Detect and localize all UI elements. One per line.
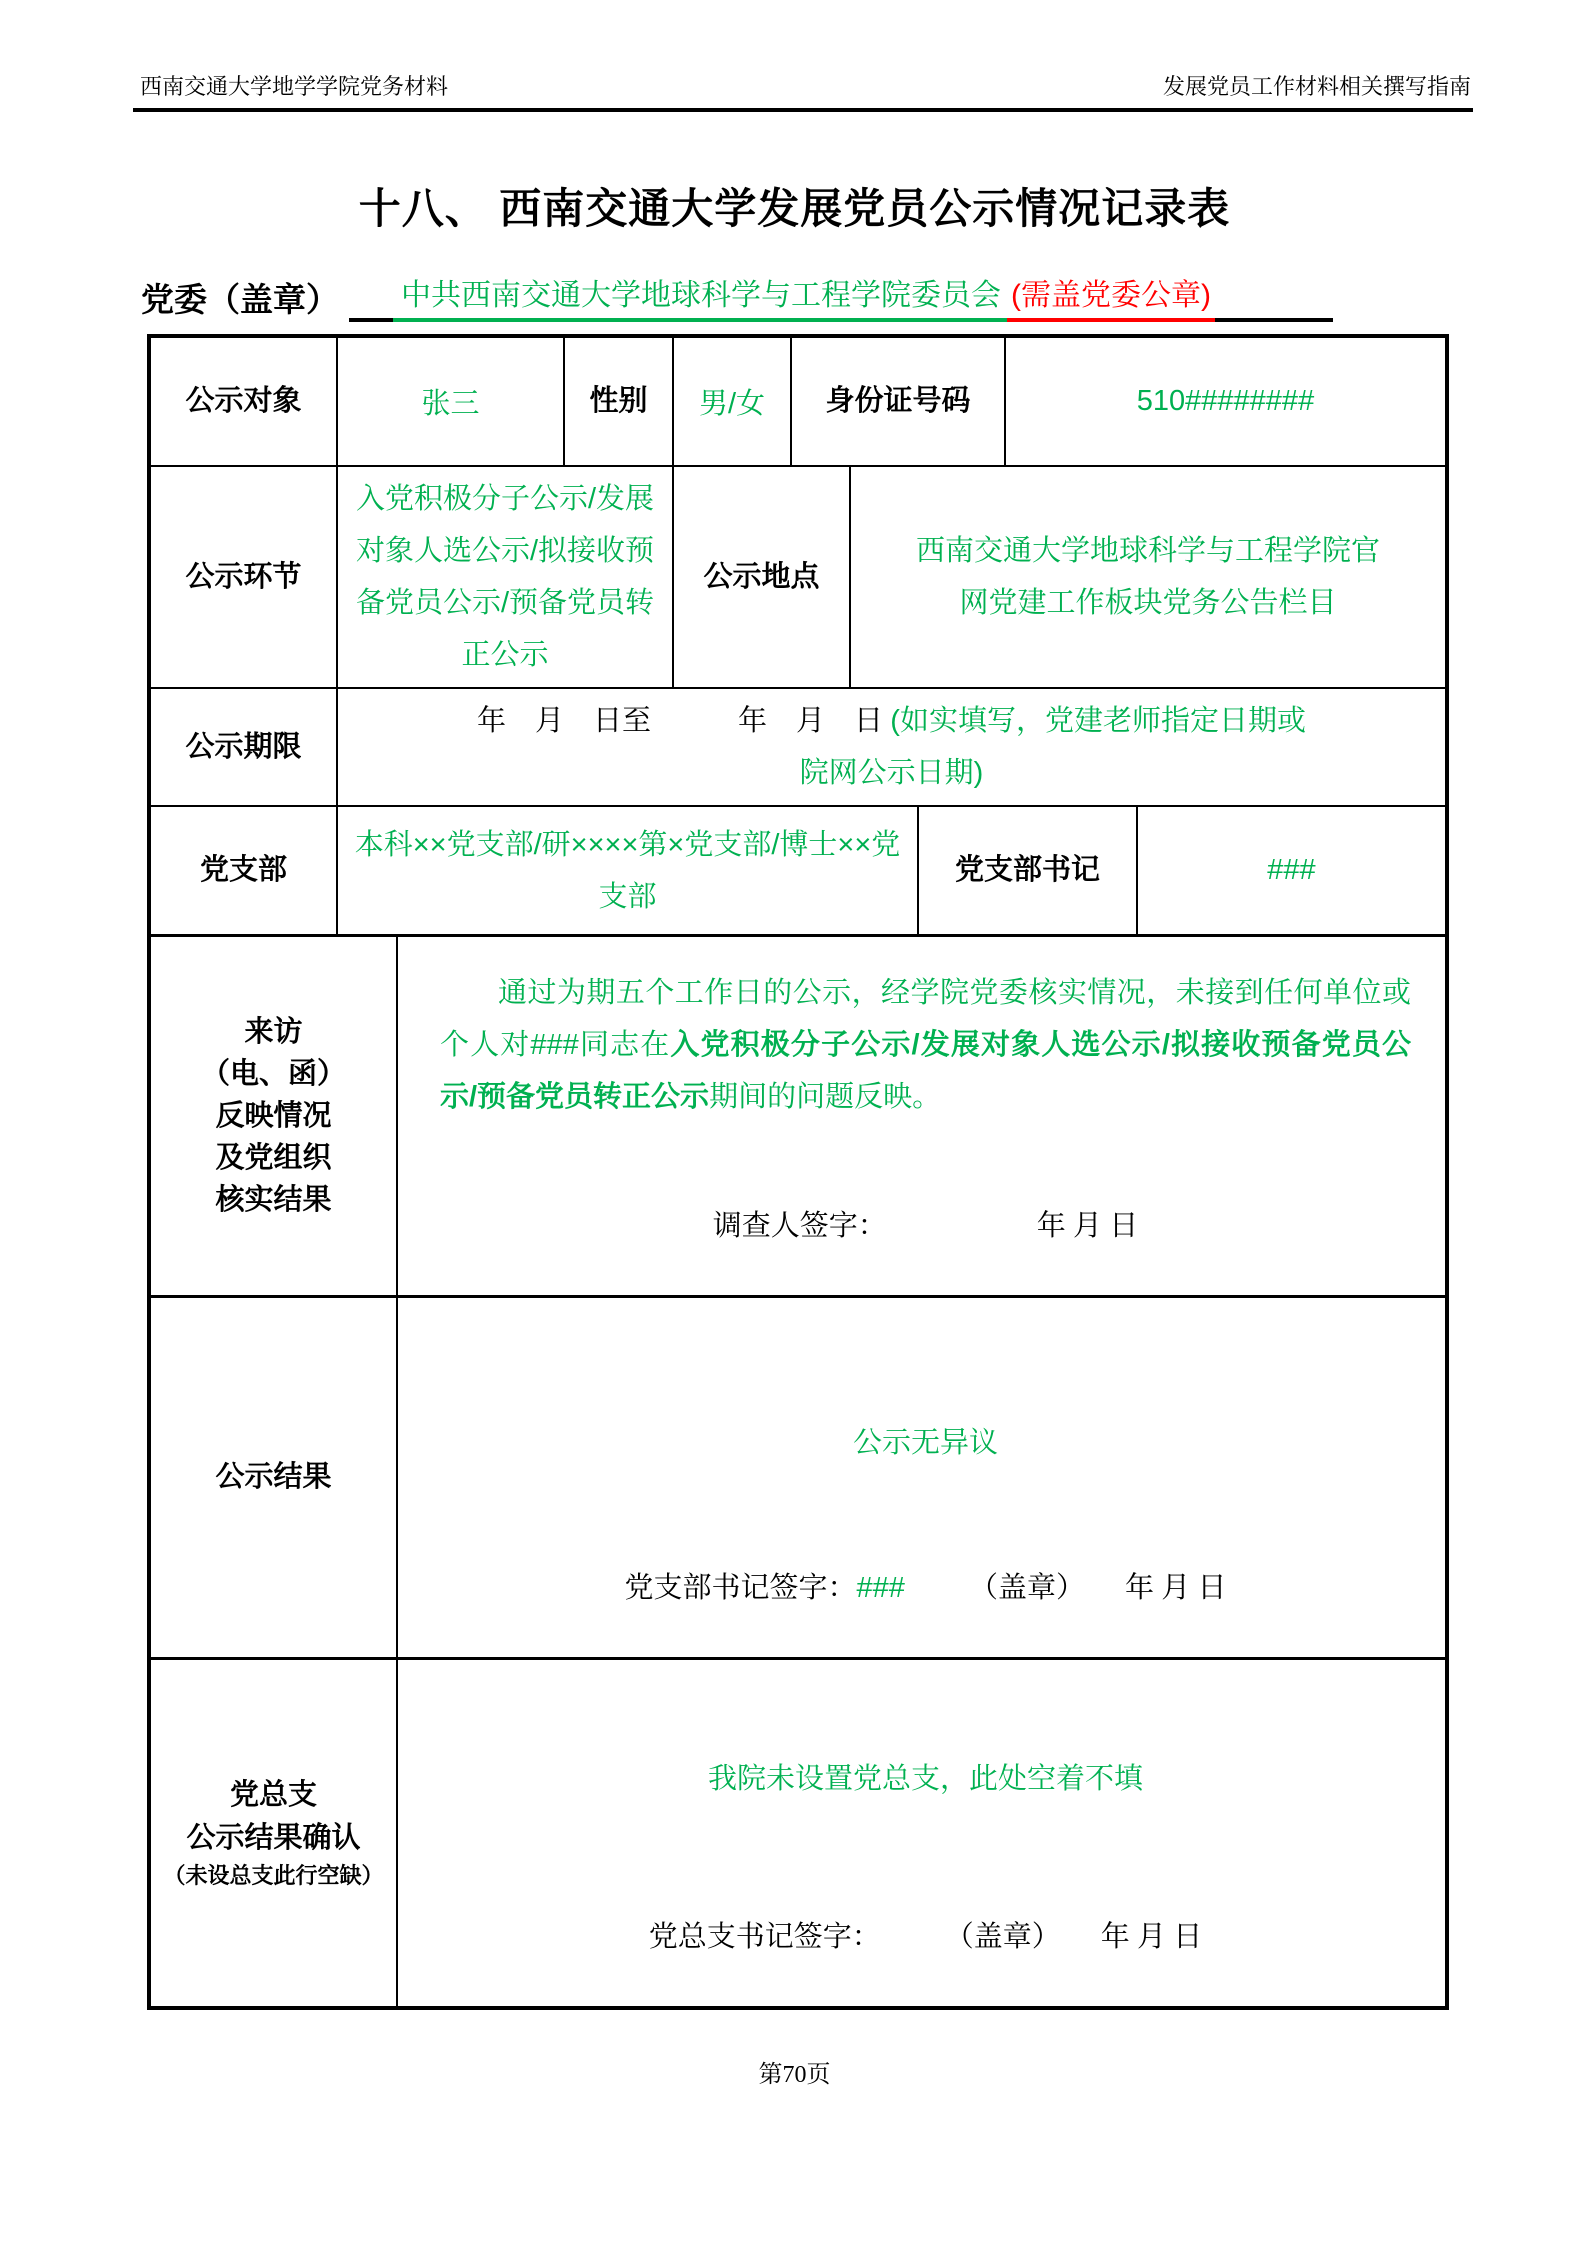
feedback-label-line: 反映情况 [215, 1095, 331, 1137]
table-row-subject: 公示对象 张三 性别 男/女 身份证号码 510######## [151, 338, 1445, 465]
stamp-placeholder: （盖章） [945, 1917, 1061, 1958]
general-branch-sign-label: 党总支书记签字： [649, 1917, 881, 1958]
publicity-result-content: 公示无异议 党支部书记签字： ### （盖章） 年 月 日 [396, 1298, 1445, 1657]
committee-label: 党委（盖章） [141, 282, 339, 322]
table-row-general-branch: 党总支 公示结果确认 （未设总支此行空缺） 我院未设置党总支，此处空着不填 党总… [151, 1657, 1445, 2006]
committee-line: 党委（盖章） 中共西南交通大学地球科学与工程学院委员会 (需盖党委公章) [141, 266, 1589, 322]
label-publicity-period: 公示期限 [151, 689, 336, 805]
underline-lead-segment [349, 276, 393, 323]
feedback-label-line: 来访 [244, 1011, 302, 1053]
verification-paragraph: 通过为期五个工作日的公示，经学院党委核实情况，未接到任何单位或个人对###同志在… [440, 967, 1411, 1123]
investigator-sign-label: 调查人签字： [713, 1206, 887, 1247]
paragraph-end: 期间的问题反映。 [709, 1081, 941, 1113]
header-rule [133, 108, 1473, 112]
general-branch-label-line: 党总支 [230, 1774, 317, 1816]
label-gender: 性别 [563, 338, 672, 465]
header-right-text: 发展党员工作材料相关撰写指南 [1163, 70, 1471, 101]
label-publicity-location: 公示地点 [672, 467, 849, 687]
label-id-number: 身份证号码 [790, 338, 1004, 465]
branch-secretary-sign-value: ### [857, 1568, 905, 1609]
record-form-table: 公示对象 张三 性别 男/女 身份证号码 510######## 公示环节 入党… [147, 334, 1449, 2010]
general-branch-label-line: 公示结果确认 [186, 1817, 360, 1859]
branch-secretary-signature-line: 党支部书记签字： ### （盖章） 年 月 日 [440, 1568, 1411, 1609]
period-line-1: 年 月 日至 年 月 日 (如实填写，党建老师指定日期或 [477, 695, 1306, 747]
feedback-label-line: （电、函） [201, 1053, 346, 1095]
no-general-branch-note: 我院未设置党总支，此处空着不填 [440, 1756, 1411, 1797]
document-page: 西南交通大学地学学院党务材料 发展党员工作材料相关撰写指南 十八、 西南交通大学… [0, 0, 1589, 2245]
committee-fill-in-field: 中共西南交通大学地球科学与工程学院委员会 (需盖党委公章) [349, 276, 1333, 323]
investigator-sign-date: 年 月 日 [1037, 1206, 1139, 1247]
feedback-label-line: 核实结果 [215, 1179, 331, 1221]
label-publicity-stage: 公示环节 [151, 467, 336, 687]
table-row-period: 公示期限 年 月 日至 年 月 日 (如实填写，党建老师指定日期或 院网公示日期… [151, 687, 1445, 805]
result-no-objection: 公示无异议 [440, 1420, 1411, 1461]
feedback-label-line: 及党组织 [215, 1137, 331, 1179]
period-note-part2: 院网公示日期) [800, 747, 984, 799]
branch-secretary-sign-date: 年 月 日 [1125, 1568, 1227, 1609]
general-branch-content: 我院未设置党总支，此处空着不填 党总支书记签字： （盖章） 年 月 日 [396, 1660, 1445, 2006]
party-branch-value: 本科××党支部/研××××第×党支部/博士××党支部 [336, 807, 917, 934]
label-general-branch-confirm: 党总支 公示结果确认 （未设总支此行空缺） [151, 1660, 396, 2006]
label-publicity-result: 公示结果 [151, 1298, 396, 1657]
committee-name: 中共西南交通大学地球科学与工程学院委员会 [393, 276, 1007, 323]
table-row-feedback: 来访 （电、函） 反映情况 及党组织 核实结果 通过为期五个工作日的公示，经学院… [151, 934, 1445, 1295]
period-note-part1: (如实填写，党建老师指定日期或 [890, 705, 1306, 737]
label-publicity-subject: 公示对象 [151, 338, 336, 465]
gender-value: 男/女 [672, 338, 790, 465]
running-header: 西南交通大学地学学院党务材料 发展党员工作材料相关撰写指南 [140, 70, 1471, 101]
stamp-required-note: (需盖党委公章) [1007, 276, 1215, 323]
publicity-period-value: 年 月 日至 年 月 日 (如实填写，党建老师指定日期或 院网公示日期) [336, 689, 1445, 805]
id-number-value: 510######## [1004, 338, 1445, 465]
underline-tail-segment [1215, 276, 1333, 323]
branch-secretary-sign-label: 党支部书记签字： [625, 1568, 857, 1609]
header-left-text: 西南交通大学地学学院党务材料 [140, 70, 448, 101]
stamp-placeholder: （盖章） [969, 1568, 1085, 1609]
table-row-branch: 党支部 本科××党支部/研××××第×党支部/博士××党支部 党支部书记 ### [151, 805, 1445, 934]
label-feedback-verification: 来访 （电、函） 反映情况 及党组织 核实结果 [151, 937, 396, 1295]
investigator-signature-line: 调查人签字： 年 月 日 [440, 1206, 1411, 1247]
period-blank-dates: 年 月 日至 年 月 日 [477, 705, 883, 737]
general-branch-sign-date: 年 月 日 [1101, 1917, 1203, 1958]
subject-name-value: 张三 [336, 338, 563, 465]
table-row-result: 公示结果 公示无异议 党支部书记签字： ### （盖章） 年 月 日 [151, 1295, 1445, 1657]
label-branch-secretary: 党支部书记 [917, 807, 1136, 934]
page-number: 第70页 [0, 2054, 1589, 2089]
label-party-branch: 党支部 [151, 807, 336, 934]
general-branch-secretary-signature-line: 党总支书记签字： （盖章） 年 月 日 [440, 1917, 1411, 1958]
page-title: 十八、 西南交通大学发展党员公示情况记录表 [0, 176, 1589, 236]
general-branch-label-note: （未设总支此行空缺） [163, 1859, 383, 1892]
publicity-stage-value: 入党积极分子公示/发展对象人选公示/拟接收预备党员公示/预备党员转正公示 [336, 467, 672, 687]
feedback-content: 通过为期五个工作日的公示，经学院党委核实情况，未接到任何单位或个人对###同志在… [396, 937, 1445, 1295]
branch-secretary-value: ### [1136, 807, 1445, 934]
table-row-stage: 公示环节 入党积极分子公示/发展对象人选公示/拟接收预备党员公示/预备党员转正公… [151, 465, 1445, 687]
publicity-location-value: 西南交通大学地球科学与工程学院官网党建工作板块党务公告栏目 [849, 467, 1445, 687]
